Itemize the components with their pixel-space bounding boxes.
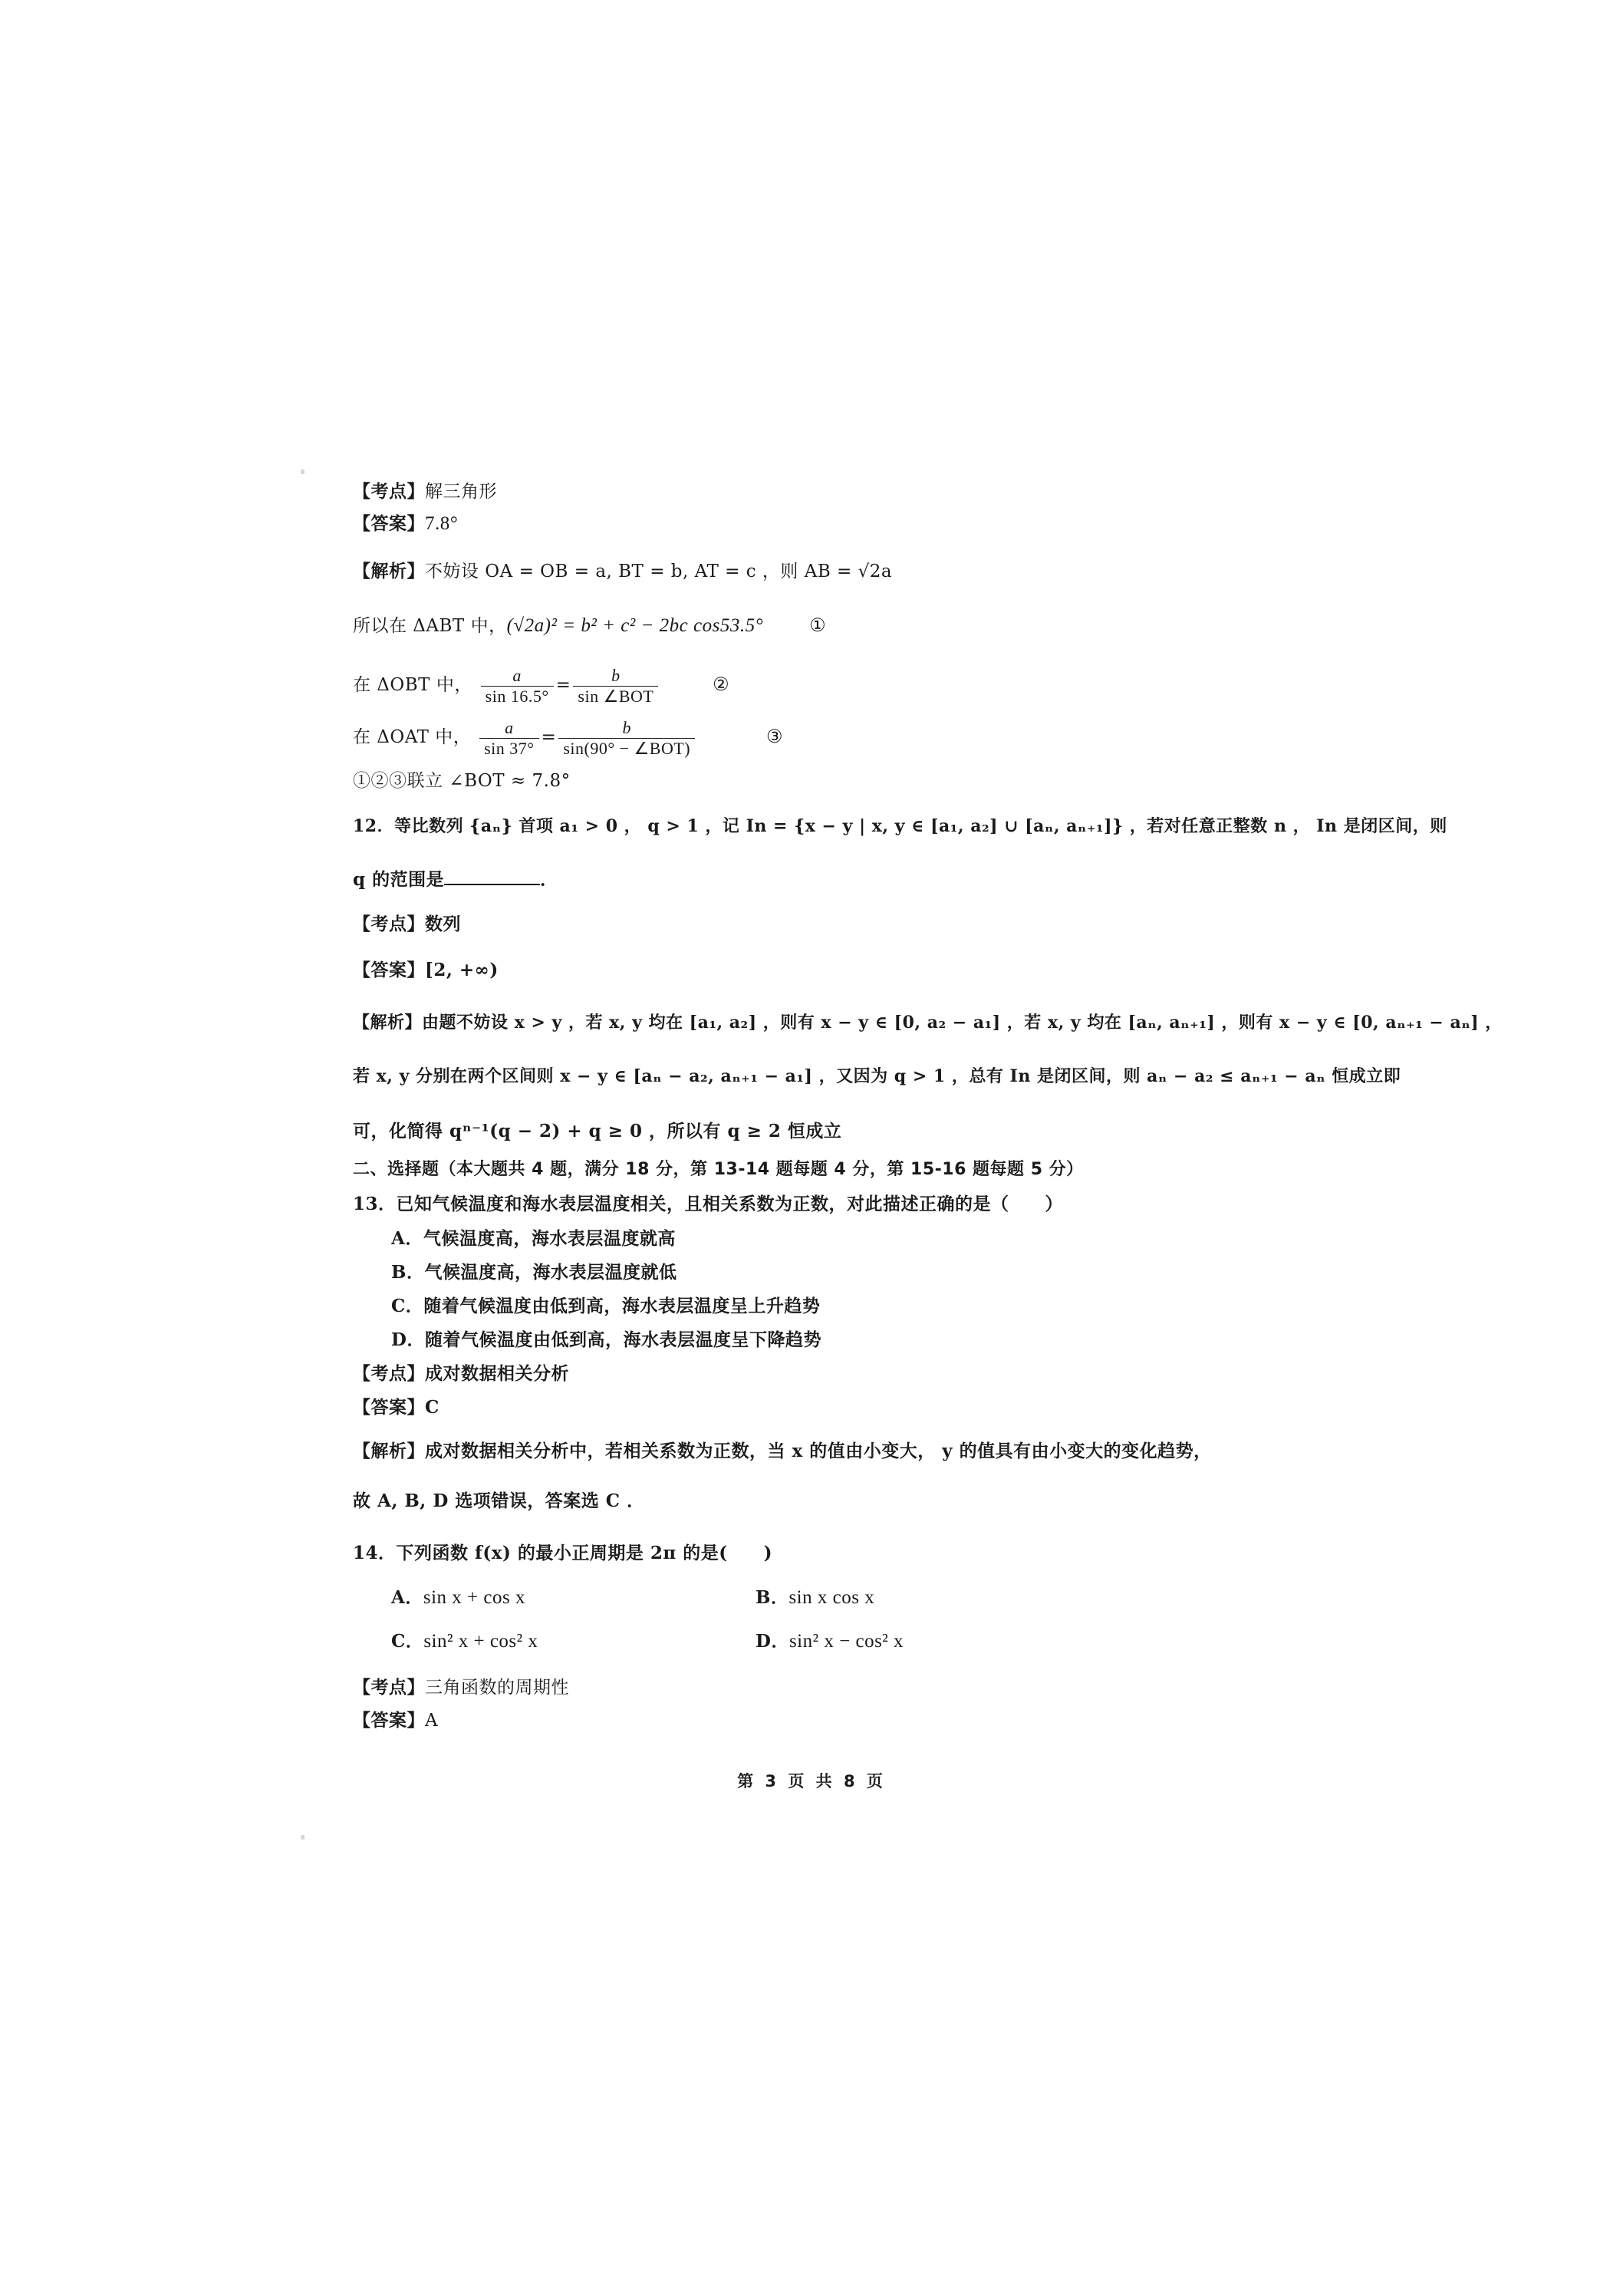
q13-answer: 【答案】C	[353, 1396, 439, 1419]
q11-jiexi-line1: 【解析】不妨设 OA = OB = a, BT = b, AT = c ，则 A…	[353, 560, 892, 583]
kaodian-tag: 【考点】	[353, 481, 425, 502]
section-heading-text: 二、选择题（本大题共 4 题，满分 18 分，第 13-14 题每题 4 分，第…	[353, 1160, 1084, 1179]
question-stem: q 的范围是	[353, 869, 444, 890]
kaodian-tag: 【考点】	[353, 1677, 425, 1698]
option-label: D．	[391, 1329, 425, 1350]
option-label: C．	[391, 1631, 423, 1652]
answer-tag: 【答案】	[353, 960, 425, 980]
jiexi-tag: 【解析】	[353, 561, 425, 581]
jiexi-text: 可，化简得 qⁿ⁻¹(q − 2) + q ≥ 0 ，所以有 q ≥ 2 恒成立	[353, 1121, 841, 1141]
q14-option-d: D．sin² x − cos² x	[756, 1630, 904, 1653]
numerator: a	[481, 666, 554, 687]
equation-marker-2: ②	[713, 674, 729, 695]
numerator: a	[479, 718, 538, 739]
scan-speck	[301, 1835, 305, 1840]
q14-option-b: B．sin x cos x	[756, 1586, 874, 1609]
denominator: sin ∠BOT	[573, 687, 658, 707]
denominator: sin 16.5°	[481, 687, 554, 707]
option-text: sin x + cos x	[423, 1587, 525, 1608]
q13-option-a: A．气候温度高，海水表层温度就高	[391, 1227, 676, 1250]
answer-text: [2, +∞)	[425, 960, 499, 980]
option-label: B．	[391, 1262, 424, 1283]
option-text: 气候温度高，海水表层温度就低	[424, 1262, 677, 1283]
eq3-prefix: 在 ΔOAT 中，	[353, 727, 471, 747]
document-page: 【考点】解三角形 【答案】7.8° 【解析】不妨设 OA = OB = a, B…	[0, 0, 1623, 2296]
kaodian-text: 数列	[425, 914, 461, 934]
kaodian-text: 解三角形	[425, 482, 497, 502]
denominator: sin 37°	[479, 739, 538, 759]
q11-eq2: 在 ΔOBT 中， asin 16.5°=bsin ∠BOT ②	[353, 661, 729, 708]
answer-text: C	[425, 1397, 439, 1418]
q14-option-a: A．sin x + cos x	[391, 1586, 525, 1609]
q11-eq3: 在 ΔOAT 中， asin 37°=bsin(90° − ∠BOT) ②③	[353, 713, 783, 760]
page-footer: 第 3 页 共 8 页	[0, 1769, 1623, 1792]
jiexi-tag: 【解析】	[353, 1013, 422, 1033]
equation-marker-1: ①	[809, 614, 826, 636]
equation-marker-3: ③	[766, 726, 783, 747]
q12-jiexi-line3: 可，化简得 qⁿ⁻¹(q − 2) + q ≥ 0 ，所以有 q ≥ 2 恒成立	[353, 1120, 841, 1143]
jiexi-text: 由题不妨设 x > y ，若 x, y 均在 [a₁, a₂] ，则有 x − …	[422, 1013, 1503, 1033]
numerator: b	[558, 718, 695, 739]
q14-answer: 【答案】A	[353, 1709, 438, 1732]
kaodian-text: 成对数据相关分析	[425, 1363, 569, 1384]
numerator: b	[573, 666, 658, 687]
option-label: A．	[391, 1587, 423, 1608]
q11-conclusion: ①②③联立 ∠BOT ≈ 7.8°	[353, 769, 571, 792]
answer-tag: 【答案】	[353, 1710, 425, 1731]
answer-tag: 【答案】	[353, 1397, 425, 1418]
option-label: C．	[391, 1296, 423, 1316]
q11-jiexi-line2: 所以在 ΔABT 中，(√2a)² = b² + c² − 2bc cos53.…	[353, 614, 826, 637]
jiexi-text: 若 x, y 分别在两个区间则 x − y ∈ [aₙ − a₂, aₙ₊₁ −…	[353, 1066, 1401, 1086]
fraction: bsin(90° − ∠BOT)	[558, 718, 695, 759]
answer-text: A	[425, 1711, 438, 1731]
question-stem: 13．已知气候温度和海水表层温度相关，且相关系数为正数，对此描述正确的是（ ）	[353, 1194, 1063, 1214]
q12-stem-line1: 12．等比数列 {aₙ} 首项 a₁ > 0 ， q > 1 ，记 In = {…	[353, 815, 1447, 838]
fraction: bsin ∠BOT	[573, 666, 658, 707]
q13-option-c: C．随着气候温度由低到高，海水表层温度呈上升趋势	[391, 1295, 820, 1318]
q13-jiexi-line2: 故 A, B, D 选项错误，答案选 C ．	[353, 1490, 645, 1513]
q13-option-b: B．气候温度高，海水表层温度就低	[391, 1261, 677, 1284]
denominator: sin(90° − ∠BOT)	[558, 739, 695, 759]
q11-answer: 【答案】7.8°	[353, 512, 458, 535]
fraction: asin 16.5°	[481, 666, 554, 707]
q13-jiexi-line1: 【解析】成对数据相关分析中，若相关系数为正数，当 x 的值由小变大， y 的值具…	[353, 1440, 1212, 1463]
law-of-cosines-equation: (√2a)² = b² + c² − 2bc cos53.5°	[507, 615, 763, 636]
scan-speck	[301, 469, 305, 474]
answer-blank	[444, 867, 540, 885]
kaodian-tag: 【考点】	[353, 914, 425, 934]
option-text: sin² x + cos² x	[423, 1631, 538, 1652]
jiexi-tag: 【解析】	[353, 1441, 425, 1461]
period: ．	[540, 869, 558, 890]
option-label: B．	[756, 1587, 788, 1608]
question-stem: 14．下列函数 f(x) 的最小正周期是 2π 的是( )	[353, 1543, 772, 1563]
option-label: D．	[756, 1631, 789, 1652]
q13-kaodian: 【考点】成对数据相关分析	[353, 1362, 569, 1385]
q14-kaodian: 【考点】三角函数的周期性	[353, 1676, 569, 1699]
jiexi-text: 成对数据相关分析中，若相关系数为正数，当 x 的值由小变大， y 的值具有由小变…	[425, 1441, 1212, 1461]
option-text: sin² x − cos² x	[789, 1631, 904, 1652]
option-text: sin x cos x	[788, 1587, 874, 1608]
jiexi-text: 故 A, B, D 选项错误，答案选 C ．	[353, 1491, 645, 1511]
fraction: asin 37°	[479, 718, 538, 759]
q12-kaodian: 【考点】数列	[353, 913, 461, 936]
q12-stem-line2: q 的范围是．	[353, 867, 558, 891]
q13-option-d: D．随着气候温度由低到高，海水表层温度呈下降趋势	[391, 1329, 821, 1352]
eq2-prefix: 在 ΔOBT 中，	[353, 675, 472, 695]
q14-option-c: C．sin² x + cos² x	[391, 1630, 538, 1653]
answer-tag: 【答案】	[353, 513, 425, 534]
q12-jiexi-line2: 若 x, y 分别在两个区间则 x − y ∈ [aₙ − a₂, aₙ₊₁ −…	[353, 1065, 1401, 1088]
question-stem: 12．等比数列 {aₙ} 首项 a₁ > 0 ， q > 1 ，记 In = {…	[353, 816, 1447, 836]
option-text: 随着气候温度由低到高，海水表层温度呈下降趋势	[425, 1329, 821, 1350]
q11-kaodian: 【考点】解三角形	[353, 480, 497, 503]
kaodian-text: 三角函数的周期性	[425, 1678, 569, 1698]
page-number: 第 3 页 共 8 页	[737, 1772, 886, 1790]
conclusion-text: ①②③联立 ∠BOT ≈ 7.8°	[353, 771, 571, 791]
answer-text: 7.8°	[425, 513, 458, 534]
option-label: A．	[391, 1228, 423, 1249]
kaodian-tag: 【考点】	[353, 1363, 425, 1384]
section-heading: 二、选择题（本大题共 4 题，满分 18 分，第 13-14 题每题 4 分，第…	[353, 1158, 1084, 1181]
q12-jiexi-line1: 【解析】由题不妨设 x > y ，若 x, y 均在 [a₁, a₂] ，则有 …	[353, 1011, 1503, 1034]
q14-stem: 14．下列函数 f(x) 的最小正周期是 2π 的是( )	[353, 1542, 772, 1565]
jiexi-prefix: 所以在 ΔABT 中，	[353, 616, 507, 636]
option-text: 随着气候温度由低到高，海水表层温度呈上升趋势	[423, 1296, 820, 1316]
jiexi-text: 不妨设 OA = OB = a, BT = b, AT = c ，则 AB = …	[425, 562, 892, 581]
q13-stem: 13．已知气候温度和海水表层温度相关，且相关系数为正数，对此描述正确的是（ ）	[353, 1193, 1063, 1216]
option-text: 气候温度高，海水表层温度就高	[423, 1228, 676, 1249]
q12-answer: 【答案】[2, +∞)	[353, 959, 499, 982]
